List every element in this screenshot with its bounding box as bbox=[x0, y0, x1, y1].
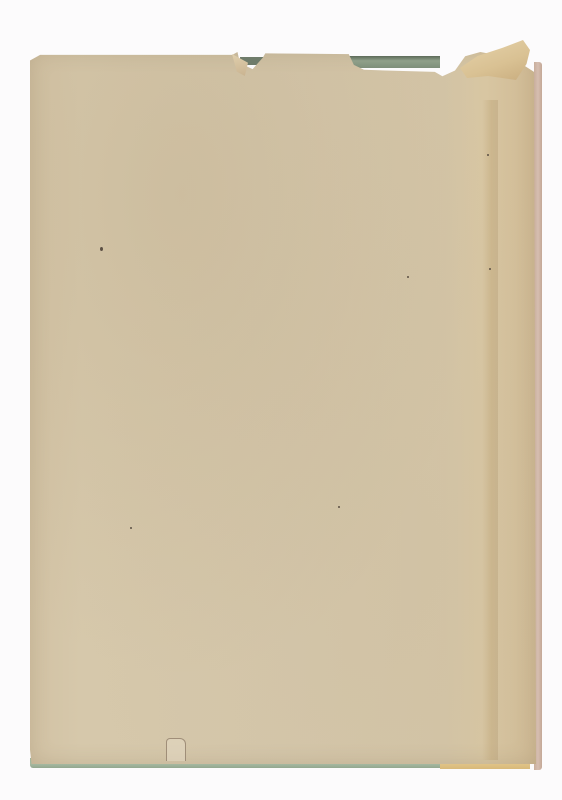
foxing-speck bbox=[130, 527, 132, 529]
foxing-speck bbox=[100, 247, 103, 251]
foxing-speck bbox=[487, 154, 489, 156]
foxing-speck bbox=[407, 276, 409, 278]
tear-bottom-left bbox=[166, 738, 186, 761]
photo-scene bbox=[0, 0, 562, 800]
book-dust-jacket bbox=[30, 52, 536, 764]
exposed-green-board-top bbox=[345, 56, 440, 68]
foxing-speck bbox=[338, 506, 340, 508]
foxing-speck bbox=[489, 268, 491, 270]
jacket-fold-line bbox=[482, 100, 498, 760]
